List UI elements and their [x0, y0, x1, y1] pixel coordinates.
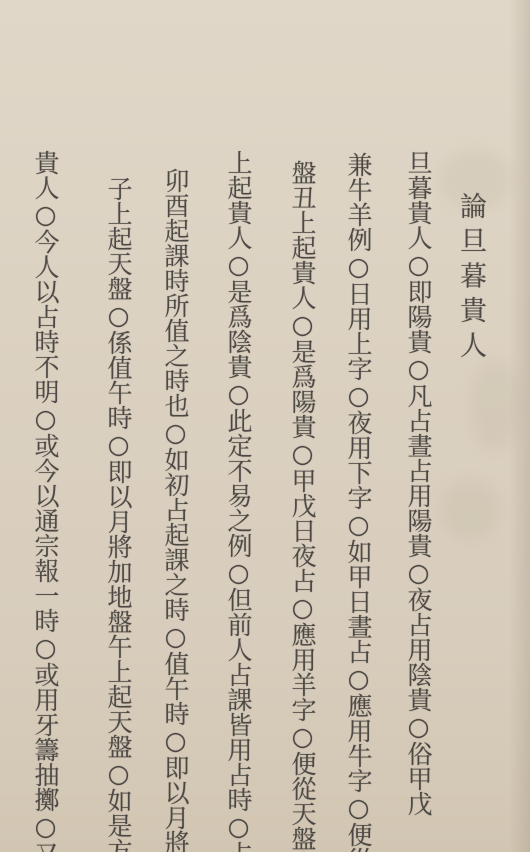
text-column-1: 旦暮貴人○即陽貴○凡占晝占用陽貴○夜占用陰貴○俗甲戊 [398, 150, 438, 808]
text-column-4: 上起貴人○是爲陰貴○此定不易之例○但前人占課皆用占時○占時日 [218, 150, 258, 808]
manuscript-page: 論旦暮貴人 旦暮貴人○即陽貴○凡占晝占用陽貴○夜占用陰貴○俗甲戊 兼牛羊例○日用… [0, 0, 530, 852]
text-column-6: 子上起天盤○係值午時○即以月將加地盤午上起天盤○如是方謂之真 [98, 176, 138, 810]
paper-stain [440, 480, 500, 540]
paper-stain [470, 360, 520, 450]
page-title: 論旦暮貴人 [450, 192, 490, 358]
text-column-3: 盤丑上起貴人○是爲陽貴○甲戊日夜占○應用羊字○便從天盤未 [282, 160, 322, 803]
text-column-5: 卯酉起課時所值之時也○如初占起課之時○值午時○即以月將時加地盤 [155, 168, 195, 805]
text-column-2: 兼牛羊例○日用上字○夜用下字○如甲日晝占○應用牛字○便從天 [338, 152, 378, 803]
text-column-7: 貴人○今人以占時不明○或今以通宗報一時○或用牙籌抽擲○又 [25, 150, 65, 810]
